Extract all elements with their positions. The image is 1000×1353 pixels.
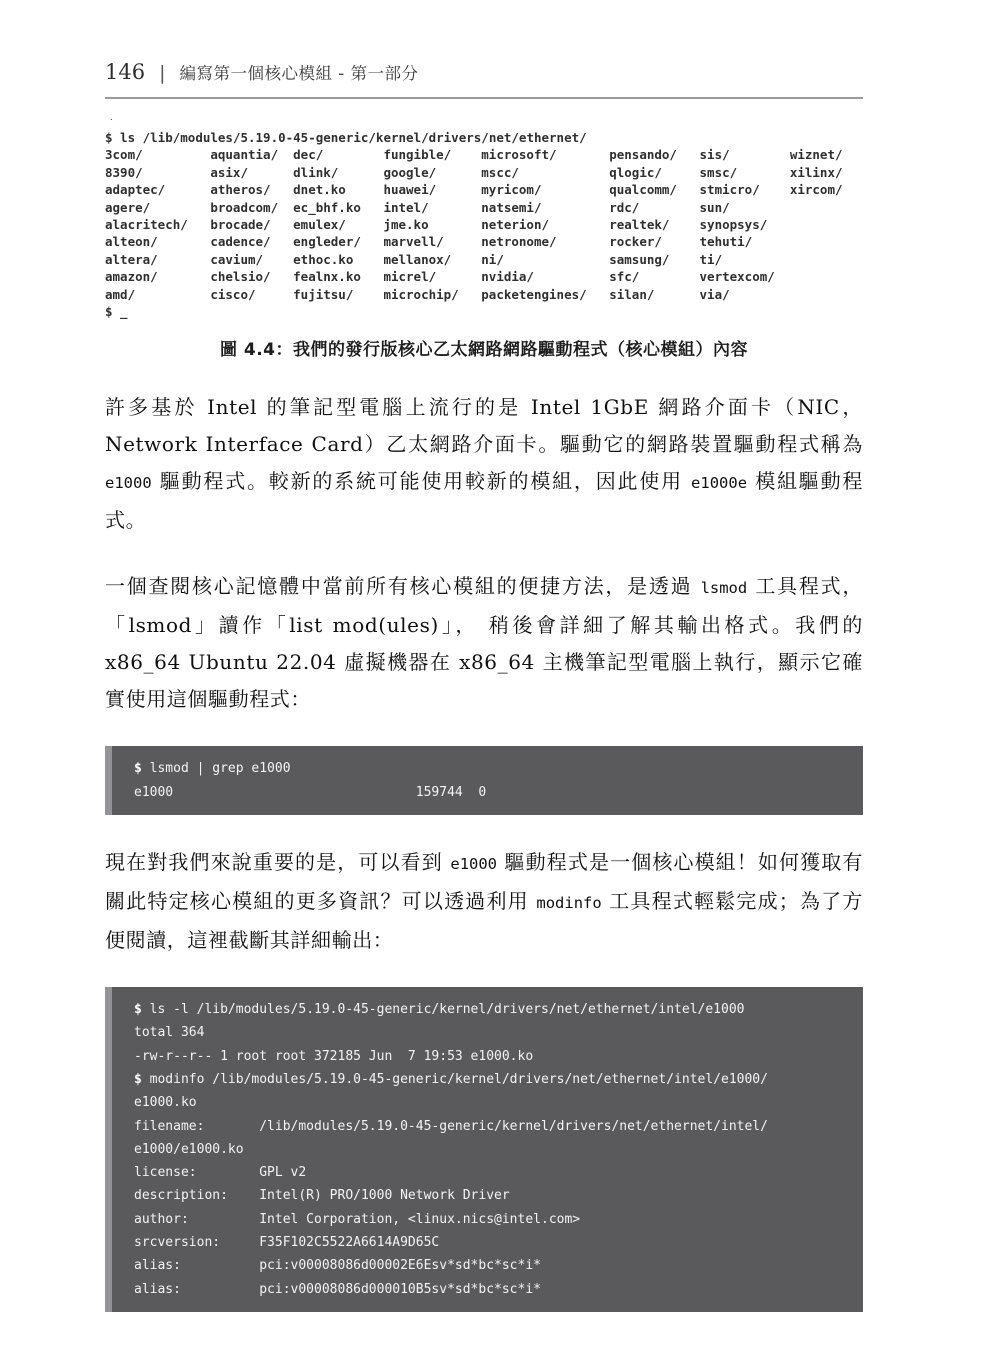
inline-code: modinfo: [536, 894, 601, 912]
body-text: 一個查閱核心記憶體中當前所有核心模組的便捷方法，是透過: [105, 574, 701, 598]
page-header: 146 | 編寫第一個核心模組 - 第一部分: [105, 60, 863, 99]
page-content: 146 | 編寫第一個核心模組 - 第一部分 ˙ $ ls /lib/modul…: [105, 60, 863, 1312]
body-text: 驅動程式。較新的系統可能使用較新的模組，因此使用: [152, 469, 691, 493]
body-text: 許多基於 Intel 的筆記型電腦上流行的是 Intel 1GbE 網路介面卡（…: [105, 395, 863, 456]
page-number: 146: [105, 60, 145, 84]
inline-code: lsmod: [701, 579, 748, 597]
print-artifact-dot: ˙: [108, 117, 115, 130]
header-separator: |: [159, 62, 165, 84]
body-text: 現在對我們來說重要的是，可以看到: [105, 850, 450, 874]
inline-code: e1000: [450, 855, 497, 873]
inline-code: e1000: [105, 474, 152, 492]
ethernet-drivers-listing: $ ls /lib/modules/5.19.0-45-generic/kern…: [105, 129, 863, 320]
inline-code: e1000e: [691, 474, 747, 492]
paragraph-modinfo-intro: 現在對我們來說重要的是，可以看到 e1000 驅動程式是一個核心模組！如何獲取有…: [105, 844, 863, 959]
figure-caption: 圖 4.4：我們的發行版核心乙太網路網路驅動程式（核心模組）內容: [105, 335, 863, 360]
paragraph-lsmod-intro: 一個查閱核心記憶體中當前所有核心模組的便捷方法，是透過 lsmod 工具程式，「…: [105, 568, 863, 718]
figure-terminal-listing: ˙ $ ls /lib/modules/5.19.0-45-generic/ke…: [105, 129, 863, 320]
chapter-title: 編寫第一個核心模組 - 第一部分: [180, 60, 419, 84]
terminal-block-lsmod: $ lsmod | grep e1000 e1000 159744 0: [105, 746, 863, 815]
paragraph-intel-nic: 許多基於 Intel 的筆記型電腦上流行的是 Intel 1GbE 網路介面卡（…: [105, 389, 863, 539]
terminal-block-modinfo: $ ls -l /lib/modules/5.19.0-45-generic/k…: [105, 987, 863, 1312]
